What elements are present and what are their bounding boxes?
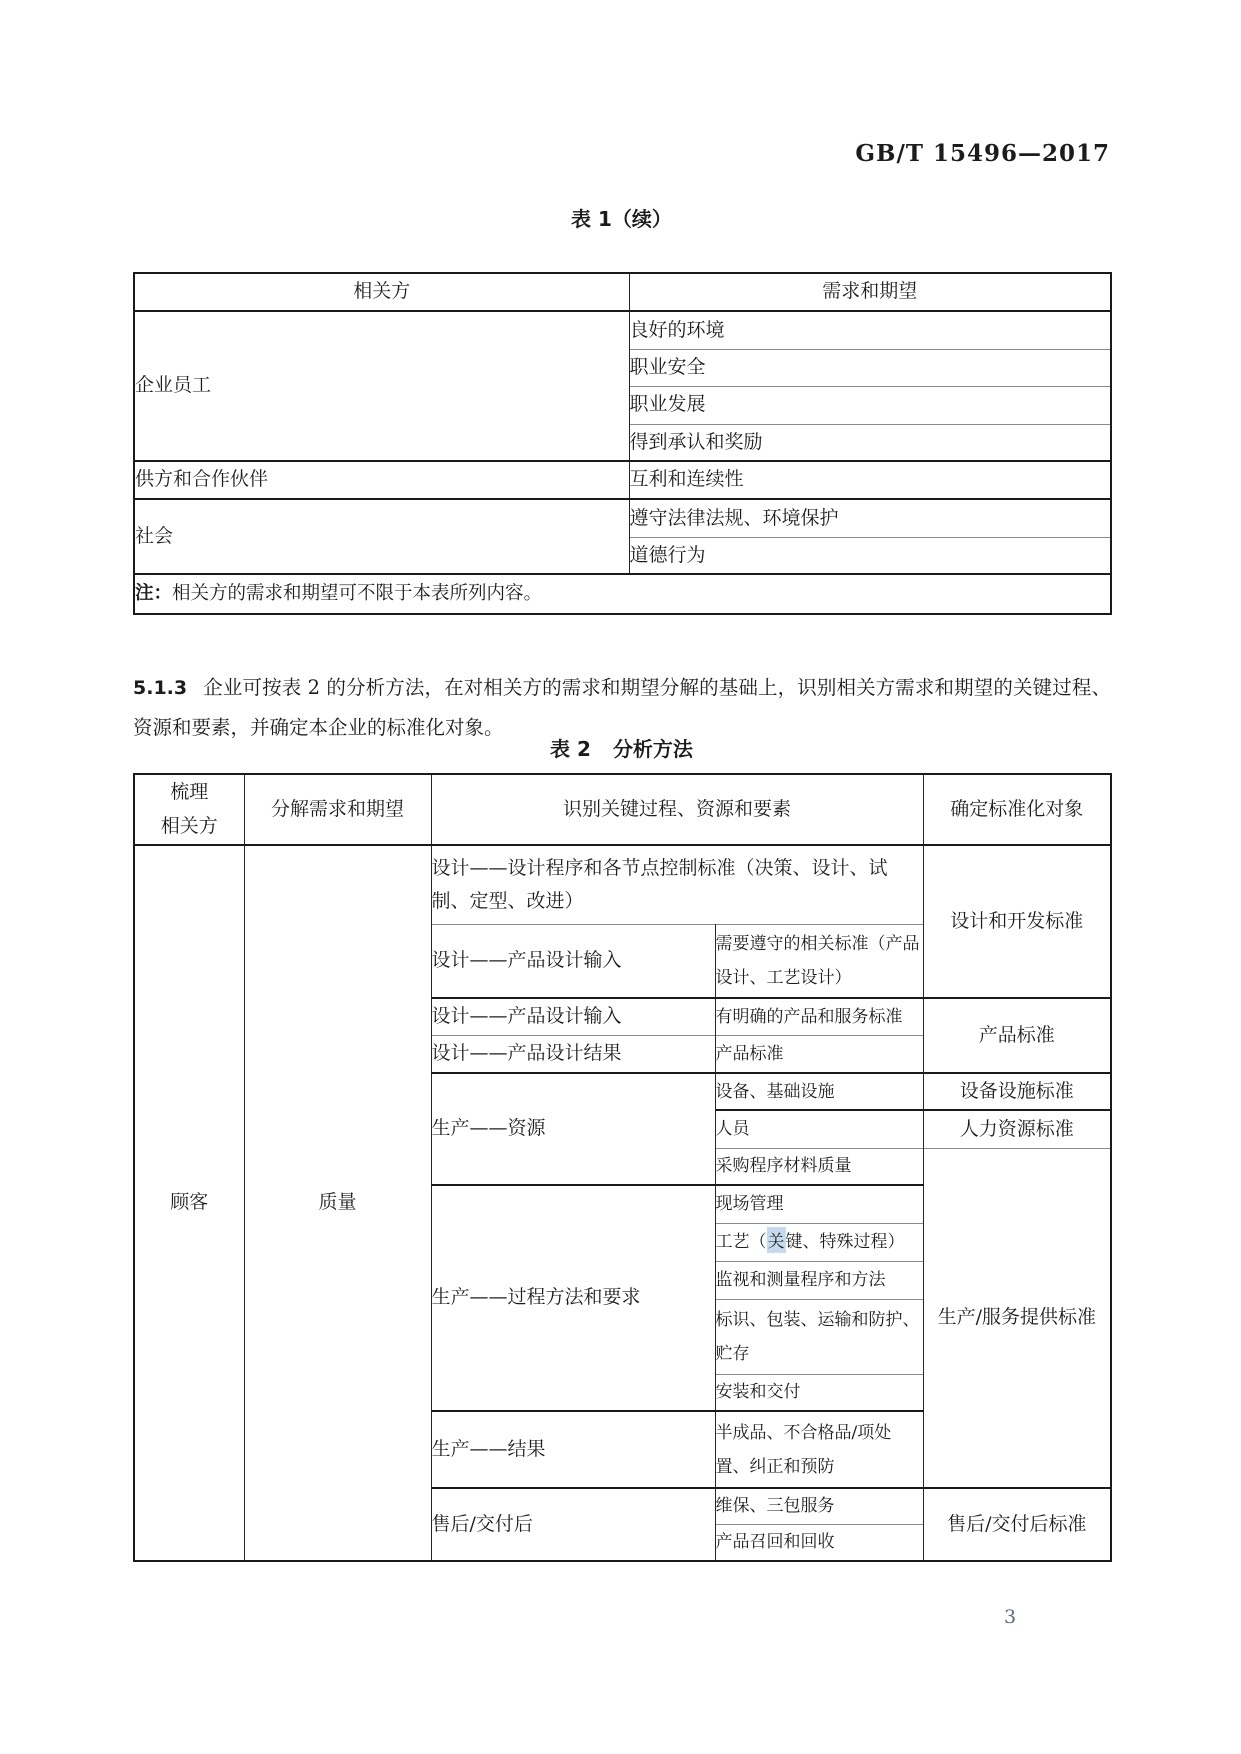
element-cell: 标识、包装、运输和防护、贮存 [715, 1299, 923, 1374]
header-line2: 相关方 [135, 810, 244, 843]
need-cell: 道德行为 [629, 537, 1111, 574]
need-cell: 良好的环境 [629, 311, 1111, 349]
standard-cell: 生产/服务提供标准 [923, 1148, 1111, 1488]
party-cell: 社会 [134, 499, 629, 574]
table2-title-text: 分析方法 [613, 737, 693, 761]
party-cell: 企业员工 [134, 311, 629, 461]
note-text: 相关方的需求和期望可不限于本表所列内容。 [172, 583, 542, 604]
process-cell: 设计——产品设计输入 [431, 998, 715, 1035]
table2: 梳理 相关方 分解需求和期望 识别关键过程、资源和要素 确定标准化对象 顾客 质… [133, 773, 1112, 1562]
element-cell: 人员 [715, 1110, 923, 1148]
process-cell: 设计——产品设计结果 [431, 1035, 715, 1073]
craft-text: 键、特殊过程） [786, 1232, 905, 1252]
need-cell: 质量 [244, 845, 431, 1561]
craft-highlight: 关 [767, 1227, 786, 1253]
standard-cell: 产品标准 [923, 998, 1111, 1073]
need-cell: 遵守法律法规、环境保护 [629, 499, 1111, 537]
table2-header-sort-party: 梳理 相关方 [134, 774, 244, 845]
page-number: 3 [950, 1606, 1070, 1628]
element-cell: 需要遵守的相关标准（产品设计、工艺设计） [715, 924, 923, 998]
element-cell: 现场管理 [715, 1185, 923, 1223]
element-cell: 半成品、不合格品/项处置、纠正和预防 [715, 1411, 923, 1488]
table1-header-needs: 需求和期望 [629, 273, 1111, 311]
table2-title-label: 表 2 [550, 737, 591, 761]
craft-text: 工艺（ [716, 1232, 767, 1252]
need-cell: 互利和连续性 [629, 461, 1111, 499]
party-cell: 供方和合作伙伴 [134, 461, 629, 499]
table1-title: 表 1（续） [133, 203, 1110, 232]
need-cell: 职业安全 [629, 349, 1111, 386]
process-cell: 售后/交付后 [431, 1488, 715, 1561]
header-line1: 梳理 [135, 776, 244, 809]
standard-cell: 设计和开发标准 [923, 845, 1111, 998]
note-label: 注： [135, 583, 172, 604]
process-cell: 设计——设计程序和各节点控制标准（决策、设计、试制、定型、改进） [431, 845, 923, 924]
element-cell: 采购程序材料质量 [715, 1148, 923, 1185]
element-cell: 工艺（关键、特殊过程） [715, 1223, 923, 1261]
section-number: 5.1.3 [133, 677, 187, 699]
standard-cell: 设备设施标准 [923, 1073, 1111, 1110]
section-text: 企业可按表 2 的分析方法，在对相关方的需求和期望分解的基础上，识别相关方需求和… [133, 676, 1111, 739]
table2-header-determine: 确定标准化对象 [923, 774, 1111, 845]
element-cell: 监视和测量程序和方法 [715, 1261, 923, 1299]
table2-header-identify: 识别关键过程、资源和要素 [431, 774, 923, 845]
process-cell: 生产——资源 [431, 1073, 715, 1185]
process-cell: 生产——过程方法和要求 [431, 1185, 715, 1411]
table1-note: 注：相关方的需求和期望可不限于本表所列内容。 [134, 574, 1111, 614]
standard-cell: 人力资源标准 [923, 1110, 1111, 1148]
need-cell: 职业发展 [629, 386, 1111, 424]
element-cell: 产品标准 [715, 1035, 923, 1073]
table2-header-decompose: 分解需求和期望 [244, 774, 431, 845]
element-cell: 设备、基础设施 [715, 1073, 923, 1110]
element-cell: 有明确的产品和服务标准 [715, 998, 923, 1035]
standard-cell: 售后/交付后标准 [923, 1488, 1111, 1561]
party-cell: 顾客 [134, 845, 244, 1561]
process-cell: 生产——结果 [431, 1411, 715, 1488]
element-cell: 产品召回和回收 [715, 1524, 923, 1561]
table1-header-party: 相关方 [134, 273, 629, 311]
need-cell: 得到承认和奖励 [629, 424, 1111, 461]
table1: 相关方 需求和期望 企业员工 良好的环境 职业安全 职业发展 得到承认和奖励 供… [133, 272, 1112, 615]
element-cell: 安装和交付 [715, 1374, 923, 1411]
process-cell: 设计——产品设计输入 [431, 924, 715, 998]
element-cell: 维保、三包服务 [715, 1488, 923, 1524]
document-page: GB/T 15496—2017 表 1（续） 相关方 需求和期望 企业员工 良好… [0, 0, 1241, 1754]
standard-code: GB/T 15496—2017 [133, 140, 1110, 167]
table2-title: 表 2分析方法 [133, 733, 1110, 762]
